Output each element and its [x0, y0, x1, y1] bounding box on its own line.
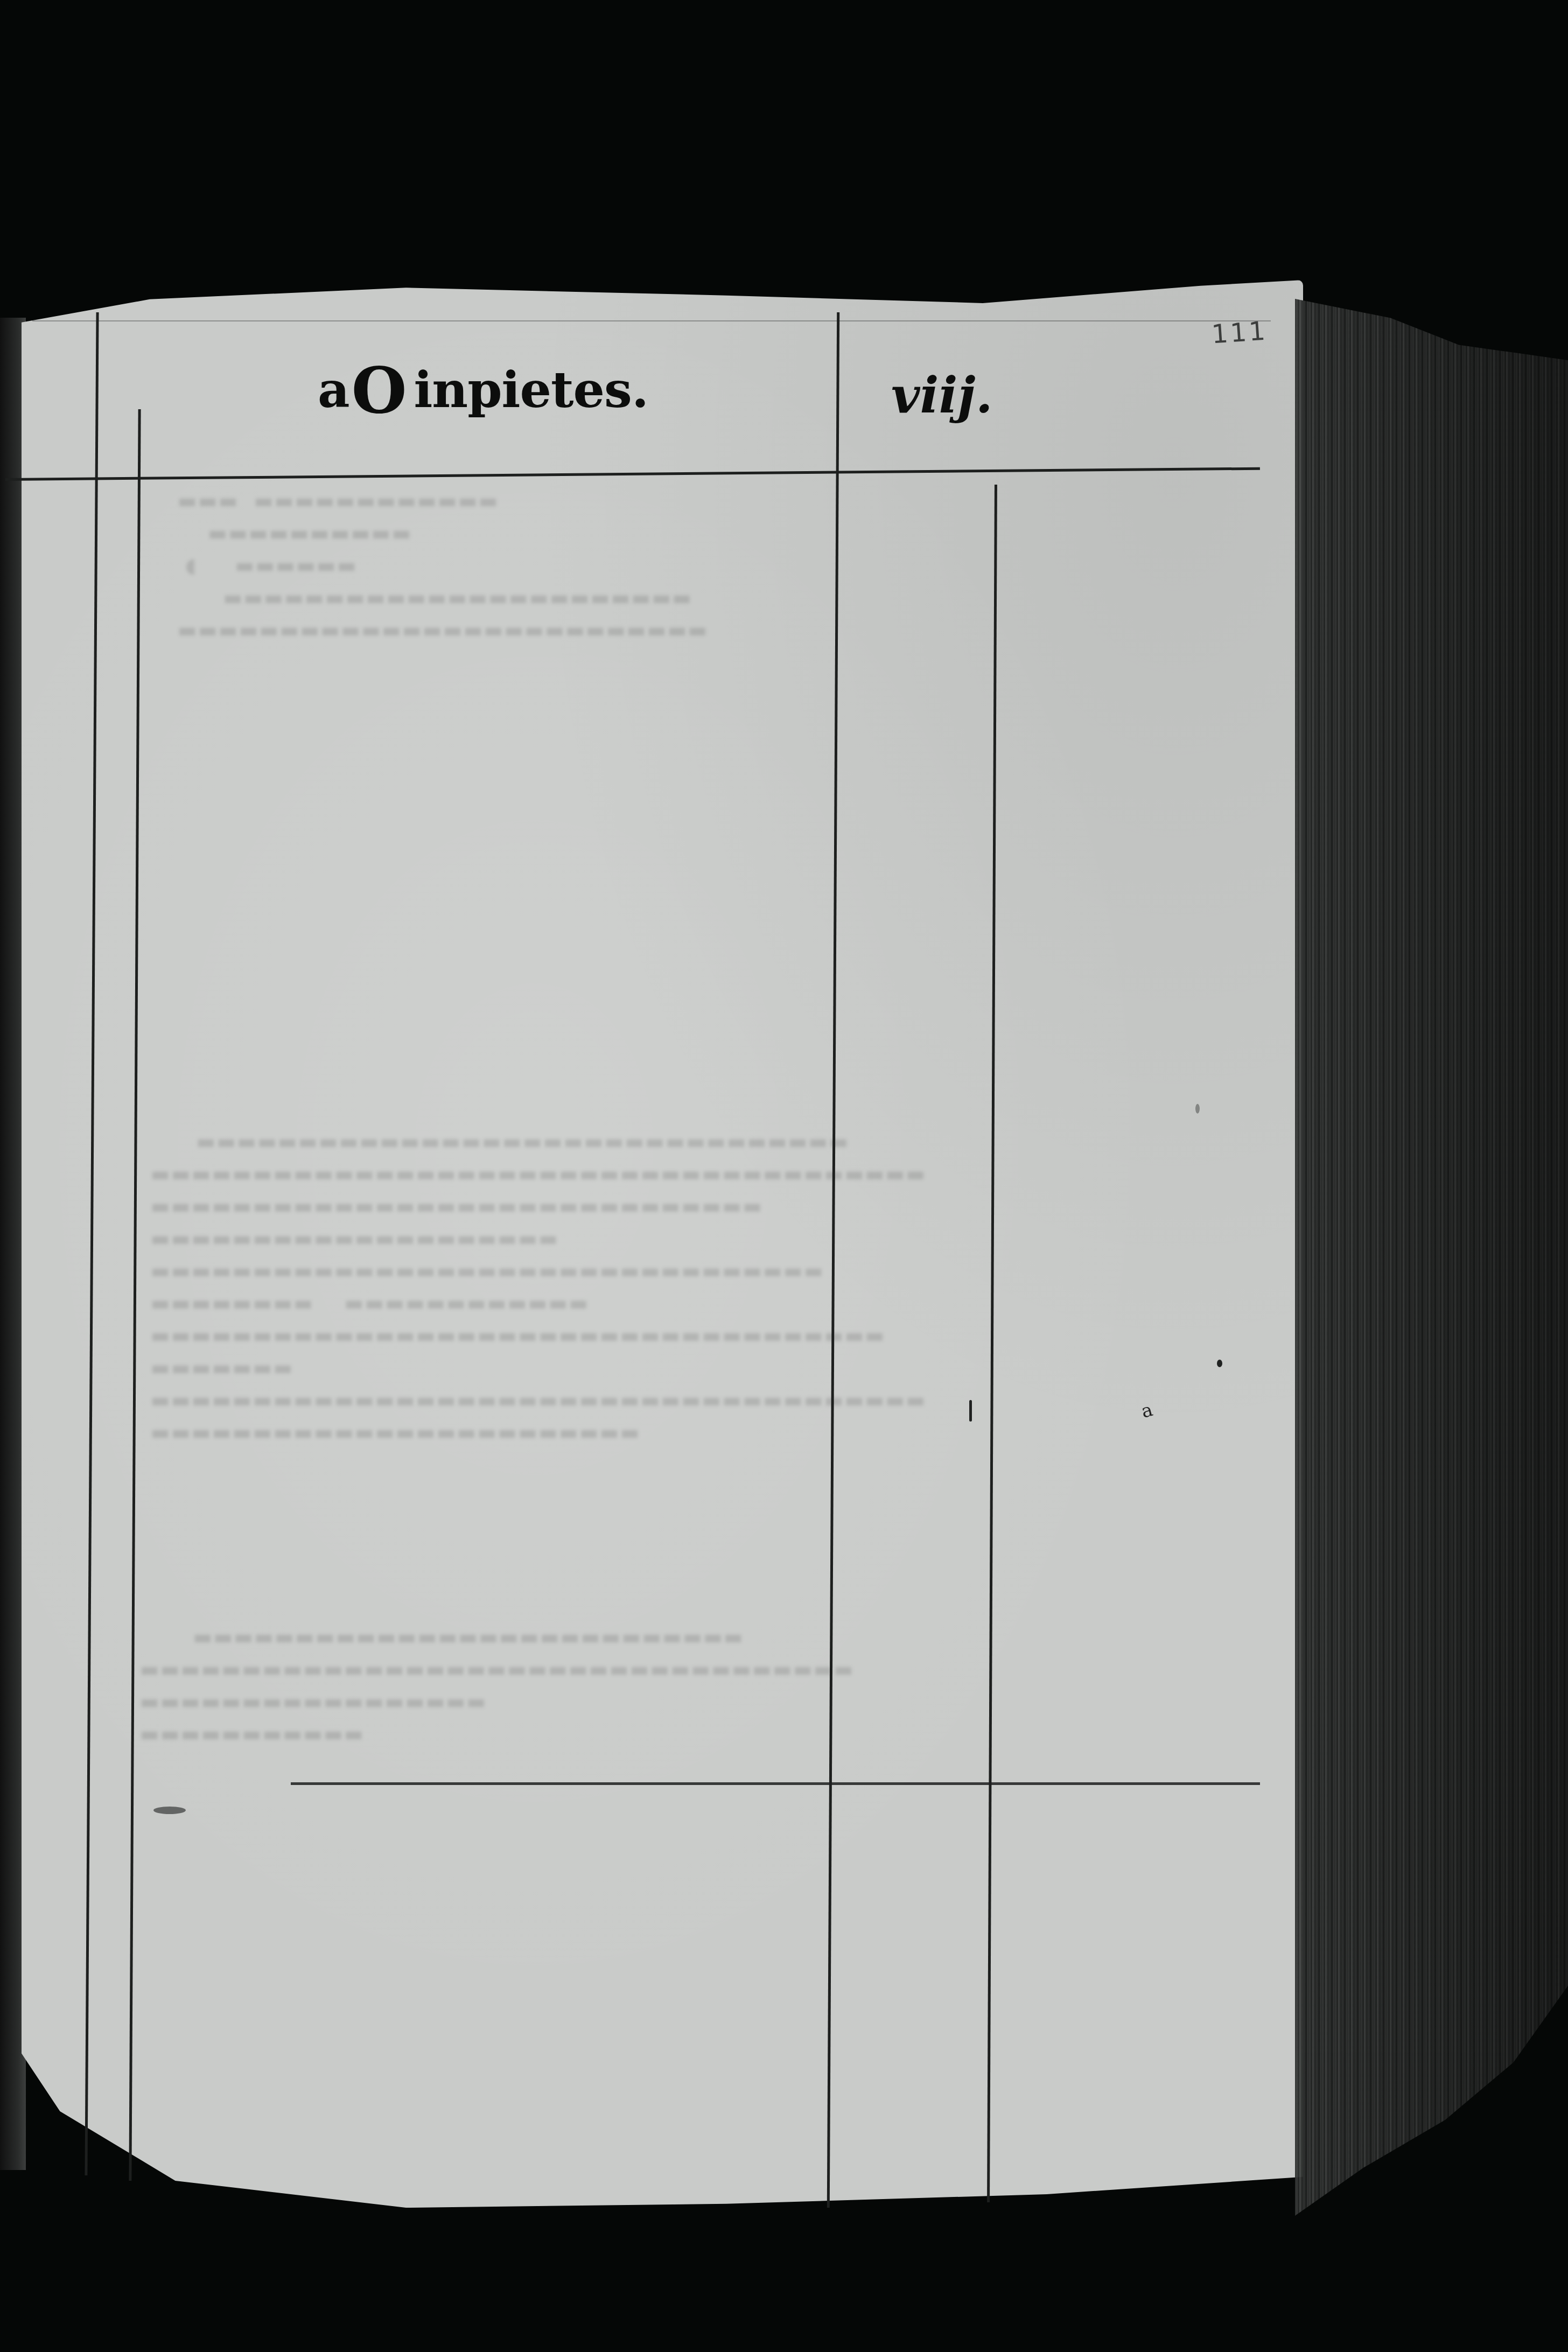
ink-smudge	[153, 1807, 186, 1814]
page-edge-block	[1295, 299, 1568, 2216]
running-head-initial: O	[352, 369, 407, 412]
ruling-line-faint-top	[32, 320, 1271, 321]
ink-speck	[1195, 1104, 1200, 1114]
show-through-text: ▬▬▬▬▬▬▬▬▬▬▬▬▬▬▬▬▬▬▬▬▬▬▬▬▬▬▬ ▬▬▬▬▬▬▬▬▬▬▬▬…	[140, 1621, 855, 1750]
folio-number: 111	[1210, 316, 1268, 349]
show-through-text: ▬▬▬▬▬▬▬▬▬▬▬▬▬▬▬▬▬▬▬▬▬▬▬▬▬▬▬▬▬▬▬▬ ▬▬▬▬▬▬▬…	[151, 1125, 926, 1448]
ink-speck	[1217, 1360, 1222, 1367]
leaf-signature: viij.	[891, 366, 993, 424]
manuscript-photograph: ▬▬▬ ▬▬▬▬▬▬▬▬▬▬▬▬ ▬▬▬▬▬▬▬▬▬▬ ◖ ▬▬▬▬▬▬ ▬▬▬…	[0, 0, 1568, 2352]
running-head-text: inpietes.	[414, 361, 648, 419]
ruling-line-bottom	[291, 1782, 1260, 1785]
show-through-text: ▬▬▬ ▬▬▬▬▬▬▬▬▬▬▬▬ ▬▬▬▬▬▬▬▬▬▬ ◖ ▬▬▬▬▬▬ ▬▬▬…	[178, 485, 709, 646]
running-head-prefix: a	[318, 361, 349, 419]
ink-speck	[969, 1400, 972, 1422]
running-head: aOinpietes.	[318, 361, 648, 419]
